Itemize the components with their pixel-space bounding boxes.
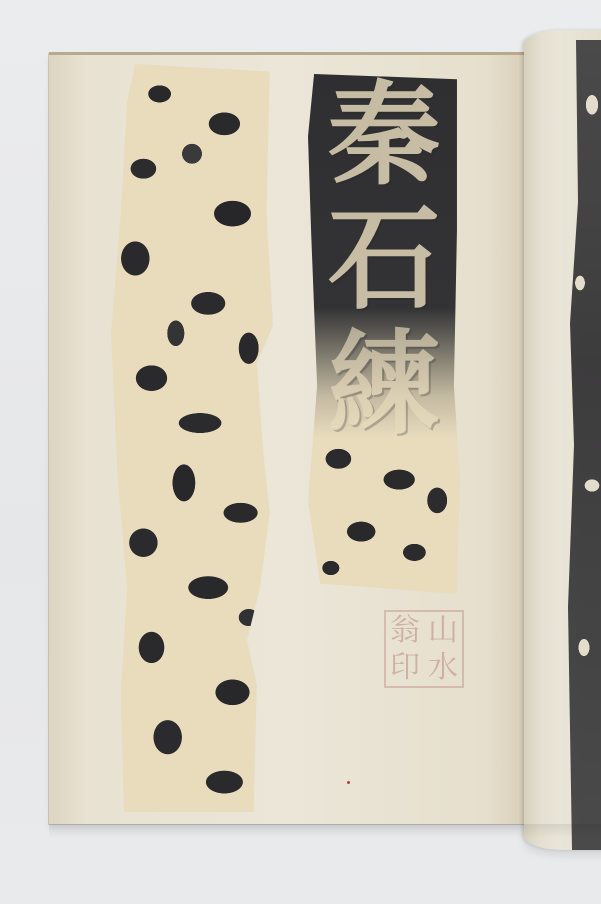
rubbing-character-3: 練 [308, 329, 460, 441]
rubbing-left-fragment [111, 64, 273, 812]
seal-character: 水 [424, 649, 462, 686]
red-mark [347, 781, 350, 784]
seal-character: 印 [386, 649, 424, 686]
rubbing-right-fragment: 秦 石 練 [308, 74, 460, 594]
collector-seal: 翁 山 印 水 [384, 610, 464, 688]
ink-texture [111, 64, 273, 812]
page-top-edge [49, 52, 525, 55]
seal-character: 翁 [386, 612, 424, 649]
rubbing-character-1: 秦 [308, 80, 460, 192]
page-shadow [49, 824, 601, 838]
seal-character: 山 [424, 612, 462, 649]
rubbing-character-2: 石 [308, 204, 460, 316]
